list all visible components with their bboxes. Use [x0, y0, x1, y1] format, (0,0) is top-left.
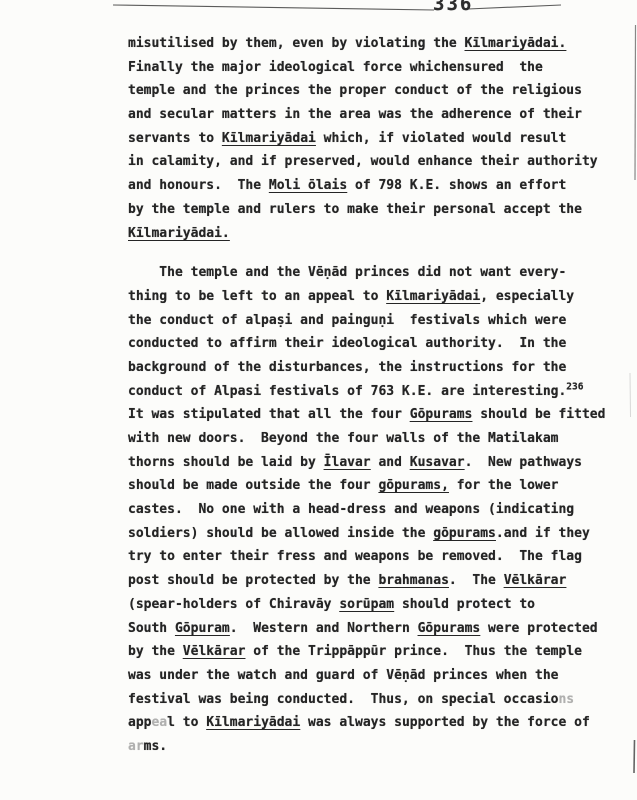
text-line: by the temple and rulers to make their p…: [128, 198, 624, 222]
text-segment: thing to be left to an appeal to: [128, 289, 386, 304]
text-segment: by the temple and rulers to make their p…: [128, 202, 582, 217]
right-edge-mark-bottom: [634, 740, 635, 773]
text-segment: . The: [449, 573, 504, 588]
footnote-ref: 236: [566, 381, 583, 392]
text-line: conducted to affirm their ideological au…: [128, 332, 624, 356]
text-segment: It was stipulated that all the four: [128, 407, 410, 422]
paragraph: misutilised by them, even by violating t…: [128, 32, 624, 245]
underlined-term: Moli ōlais: [269, 178, 347, 193]
text-line: post should be protected by the brahmana…: [128, 569, 624, 593]
text-segment: servants to: [128, 131, 222, 146]
text-segment: The temple and the Vēṇād princes did not…: [128, 265, 566, 280]
text-line: should be made outside the four gōpurams…: [128, 474, 624, 498]
underlined-term: Kīlmariyādai.: [128, 226, 230, 241]
text-segment: l to: [167, 715, 206, 730]
right-edge-line-top: [635, 25, 636, 180]
text-line: thing to be left to an appeal to Kīlmari…: [128, 285, 624, 309]
text-line: South Gōpuram. Western and Northern Gōpu…: [128, 617, 624, 641]
text-segment: ea: [151, 715, 167, 730]
text-segment: was always supported by the force of: [300, 715, 590, 730]
text-segment: with new doors. Beyond the four walls of…: [128, 431, 558, 446]
text-line: and honours. The Moli ōlais of 798 K.E. …: [128, 174, 624, 198]
text-segment: and: [371, 455, 410, 470]
text-segment: castes. No one with a head-dress and wea…: [128, 502, 574, 517]
text-line: Kīlmariyādai.: [128, 222, 624, 246]
text-segment: app: [128, 715, 151, 730]
top-edge-line-right: [468, 5, 561, 9]
text-segment: temple and the princes the proper conduc…: [128, 83, 582, 98]
text-segment: thorns should be laid by: [128, 455, 324, 470]
text-body: misutilised by them, even by violating t…: [128, 32, 624, 759]
underlined-term: Gōpuram: [175, 621, 230, 636]
text-line: and secular matters in the area was the …: [128, 103, 624, 127]
text-line: by the Vēlkārar of the Trippāppūr prince…: [128, 640, 624, 664]
text-line: thorns should be laid by Īlavar and Kusa…: [128, 451, 624, 475]
paragraph: The temple and the Vēṇād princes did not…: [128, 261, 624, 758]
right-edge-mark-middle: [630, 373, 631, 417]
underlined-term: Kīlmariyādai: [206, 715, 300, 730]
underlined-term: gōpurams,: [378, 478, 448, 493]
text-line: the conduct of alpaṣi and painguṇi festi…: [128, 309, 624, 333]
text-segment: ns: [558, 692, 574, 707]
text-line: The temple and the Vēṇād princes did not…: [128, 261, 624, 285]
text-segment: and honours. The: [128, 178, 269, 193]
underlined-term: Kīlmariyādai.: [465, 36, 567, 51]
underlined-term: Kīlmariyādai: [222, 131, 316, 146]
text-segment: South: [128, 621, 175, 636]
text-line: Finally the major ideological force whic…: [128, 56, 624, 80]
text-segment: of the Trippāppūr prince. Thus the templ…: [245, 644, 582, 659]
underlined-term: sorūpam: [339, 597, 394, 612]
text-line: soldiers) should be allowed inside the g…: [128, 522, 624, 546]
text-segment: the conduct of alpaṣi and painguṇi festi…: [128, 313, 566, 328]
underlined-term: gōpurams: [433, 526, 496, 541]
text-line: castes. No one with a head-dress and wea…: [128, 498, 624, 522]
text-line: try to enter their fress and weapons be …: [128, 545, 624, 569]
underlined-term: Gōpurams: [418, 621, 481, 636]
text-segment: which, if violated would result: [316, 131, 566, 146]
top-edge-line-left: [113, 5, 434, 10]
underlined-term: Gōpurams: [410, 407, 473, 422]
underlined-term: Kīlmariyādai: [386, 289, 480, 304]
text-segment: , especially: [480, 289, 574, 304]
text-segment: ar: [128, 739, 144, 754]
text-segment: soldiers) should be allowed inside the: [128, 526, 433, 541]
text-segment: conduct of Alpasi festivals of 763 K.E. …: [128, 384, 566, 399]
text-segment: festival was being conducted. Thus, on s…: [128, 692, 558, 707]
text-segment: post should be protected by the: [128, 573, 378, 588]
text-segment: . Western and Northern: [230, 621, 418, 636]
text-line: with new doors. Beyond the four walls of…: [128, 427, 624, 451]
text-segment: should be fitted: [472, 407, 605, 422]
text-line: background of the disturbances, the inst…: [128, 356, 624, 380]
text-segment: and secular matters in the area was the …: [128, 107, 582, 122]
text-segment: try to enter their fress and weapons be …: [128, 549, 582, 564]
text-segment: in calamity, and if preserved, would enh…: [128, 154, 598, 169]
text-segment: .and if they: [496, 526, 590, 541]
text-segment: of 798 K.E. shows an effort: [347, 178, 566, 193]
text-line: servants to Kīlmariyādai which, if viola…: [128, 127, 624, 151]
underlined-term: Vēlkārar: [504, 573, 567, 588]
text-line: festival was being conducted. Thus, on s…: [128, 688, 624, 712]
text-line: appeal to Kīlmariyādai was always suppor…: [128, 711, 624, 735]
text-line: temple and the princes the proper conduc…: [128, 79, 624, 103]
text-segment: by the: [128, 644, 183, 659]
text-line: misutilised by them, even by violating t…: [128, 32, 624, 56]
underlined-term: brahmanas: [378, 573, 448, 588]
text-segment: misutilised by them, even by violating t…: [128, 36, 465, 51]
text-segment: should protect to: [394, 597, 535, 612]
text-line: in calamity, and if preserved, would enh…: [128, 150, 624, 174]
text-segment: (spear-holders of Chiravāy: [128, 597, 339, 612]
text-segment: conducted to affirm their ideological au…: [128, 336, 566, 351]
text-segment: . New pathways: [465, 455, 582, 470]
underlined-term: Kusavar: [410, 455, 465, 470]
page-number: 336: [433, 0, 473, 15]
text-line: It was stipulated that all the four Gōpu…: [128, 403, 624, 427]
text-segment: background of the disturbances, the inst…: [128, 360, 566, 375]
text-segment: for the lower: [449, 478, 559, 493]
text-segment: should be made outside the four: [128, 478, 378, 493]
text-line: arms.: [128, 735, 624, 759]
text-segment: were protected: [480, 621, 597, 636]
text-segment: was under the watch and guard of Vēṇād p…: [128, 668, 558, 683]
scanned-document-page: 336 misutilised by them, even by violati…: [0, 0, 637, 800]
underlined-term: Īlavar: [324, 455, 371, 470]
text-line: conduct of Alpasi festivals of 763 K.E. …: [128, 380, 624, 404]
text-segment: ms.: [144, 739, 167, 754]
text-line: was under the watch and guard of Vēṇād p…: [128, 664, 624, 688]
text-line: (spear-holders of Chiravāy sorūpam shoul…: [128, 593, 624, 617]
text-segment: Finally the major ideological force whic…: [128, 60, 543, 75]
underlined-term: Vēlkārar: [183, 644, 246, 659]
